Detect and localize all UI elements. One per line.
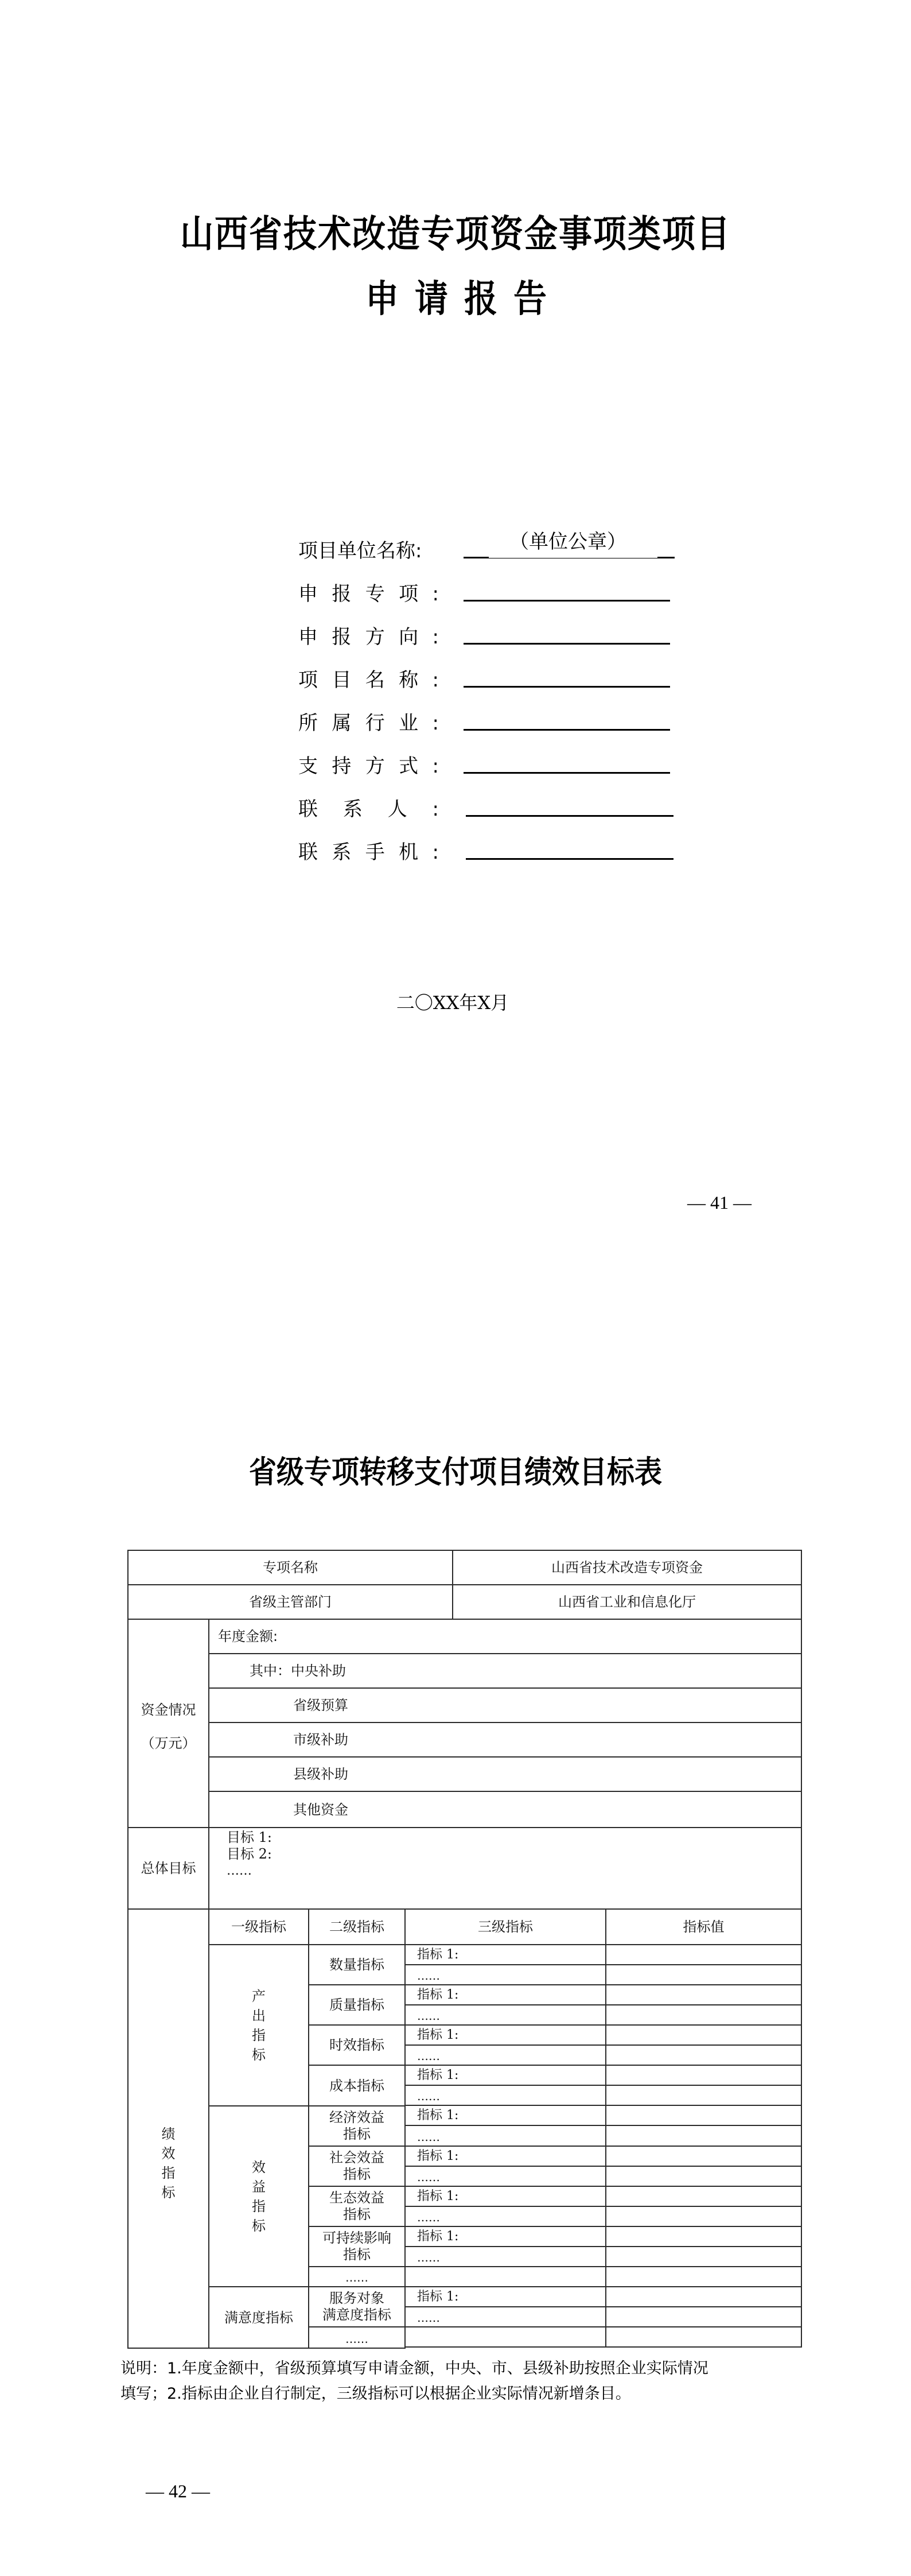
- table-notes: 说明：1.年度金额中，省级预算填写申请金额，中央、市、县级补助按照企业实际情况 …: [120, 2356, 809, 2407]
- level3-cell[interactable]: ……: [404, 2246, 606, 2267]
- level2-text: 服务对象: [329, 2290, 384, 2307]
- field-underline: [657, 557, 675, 558]
- cover-form-fields: 项目单位名称: （单位公章） 申报专项: 申报方向: 项目名称: 所属行业: 支…: [298, 522, 700, 867]
- indicator-value-cell[interactable]: [605, 2044, 802, 2066]
- level1-char: 效: [252, 2158, 266, 2177]
- indicator-value-cell[interactable]: [605, 2146, 802, 2167]
- level2-economic: 经济效益指标: [308, 2105, 406, 2147]
- level2-text: 生态效益: [329, 2190, 384, 2206]
- field-special: 申报专项:: [298, 565, 700, 608]
- cover-title-line1: 山西省技术改造专项资金事项类项目: [0, 211, 911, 256]
- funds-other[interactable]: 其他资金: [208, 1791, 802, 1828]
- level1-satisfaction: 满意度指标: [208, 2286, 309, 2349]
- level3-cell[interactable]: 指标 1:: [404, 1944, 606, 1965]
- indicator-value-cell[interactable]: [605, 2246, 802, 2267]
- indicator-value-cell[interactable]: [605, 2065, 802, 2086]
- level1-char: 指: [252, 2026, 266, 2045]
- level3-cell[interactable]: 指标 1:: [404, 2226, 606, 2247]
- special-name-value[interactable]: 山西省技术改造专项资金: [452, 1550, 802, 1585]
- level2-sustainability: 可持续影响指标: [308, 2226, 406, 2267]
- level3-cell[interactable]: ……: [404, 2206, 606, 2227]
- indicator-value-cell[interactable]: [605, 2266, 802, 2287]
- field-label: 支持方式:: [298, 752, 462, 781]
- level2-more: ……: [308, 2266, 406, 2287]
- perf-indicators-label-cell: 绩 效 指 标: [127, 1908, 209, 2349]
- level3-cell[interactable]: ……: [404, 1964, 606, 1985]
- level2-text: 指标: [343, 2126, 371, 2143]
- level3-cell[interactable]: 指标 1:: [404, 2024, 606, 2046]
- field-industry: 所属行业:: [298, 695, 700, 738]
- indicator-value-cell[interactable]: [605, 2286, 802, 2307]
- field-label: 联系人:: [298, 795, 462, 824]
- funds-label-cell: 资金情况 （万元）: [127, 1619, 209, 1828]
- level2-text: 指标: [343, 2247, 371, 2263]
- level1-char: 指: [252, 2197, 266, 2216]
- field-project-name: 项目名称:: [298, 651, 700, 695]
- level2-service-satisfaction: 服务对象满意度指标: [308, 2286, 406, 2327]
- level3-cell[interactable]: [404, 2266, 606, 2287]
- indicator-value-cell[interactable]: [605, 1964, 802, 1985]
- level2-text: 指标: [343, 2166, 371, 2183]
- funds-unit: （万元）: [141, 1727, 196, 1760]
- level3-cell[interactable]: 指标 1:: [404, 2105, 606, 2126]
- level2-social: 社会效益指标: [308, 2146, 406, 2187]
- notes-line-2: 填写；2.指标由企业自行制定，三级指标可以根据企业实际情况新增条目。: [120, 2381, 809, 2407]
- funds-central-subsidy[interactable]: 其中：中央补助: [208, 1653, 802, 1689]
- level2-text: 社会效益: [329, 2150, 384, 2166]
- level3-cell[interactable]: 指标 1:: [404, 1984, 606, 2005]
- field-input-line[interactable]: [464, 643, 670, 645]
- field-input-line[interactable]: [464, 729, 670, 731]
- funds-annual-amount[interactable]: 年度金额:: [208, 1619, 802, 1654]
- indicator-value-cell[interactable]: [605, 1984, 802, 2005]
- indicator-value-cell[interactable]: [605, 2166, 802, 2187]
- level1-char: 出: [252, 2006, 266, 2026]
- field-contact: 联系人:: [298, 781, 700, 824]
- level3-cell[interactable]: ……: [404, 2306, 606, 2327]
- level3-cell[interactable]: 指标 1:: [404, 2186, 606, 2207]
- field-label: 项目名称:: [298, 666, 462, 695]
- indicator-value-cell[interactable]: [605, 2105, 802, 2126]
- level1-char: 产: [252, 1987, 266, 2006]
- indicator-value-cell[interactable]: [605, 2024, 802, 2046]
- level3-cell[interactable]: ……: [404, 2044, 606, 2066]
- cover-title-line2: 申请报告: [0, 276, 911, 321]
- indicator-value-cell[interactable]: [605, 2306, 802, 2327]
- notes-line-1: 说明：1.年度金额中，省级预算填写申请金额，中央、市、县级补助按照企业实际情况: [120, 2356, 809, 2381]
- level2-text: 可持续影响: [322, 2230, 391, 2247]
- level2-text: 满意度指标: [322, 2307, 391, 2323]
- goal-label: 总体目标: [127, 1827, 209, 1910]
- funds-county-subsidy[interactable]: 县级补助: [208, 1756, 802, 1792]
- perf-label-char: 效: [162, 2144, 176, 2163]
- level1-char: 益: [252, 2177, 266, 2197]
- indicator-value-cell[interactable]: [605, 2004, 802, 2026]
- level1-char: 标: [252, 2045, 266, 2065]
- perf-label-char: 绩: [162, 2124, 176, 2144]
- perf-label-char: 标: [162, 2183, 176, 2202]
- indicator-value-cell[interactable]: [605, 2125, 802, 2147]
- page-number: — 42 —: [146, 2481, 210, 2502]
- level3-cell[interactable]: ……: [404, 2125, 606, 2147]
- field-input-line[interactable]: [464, 686, 670, 688]
- field-label: 所属行业:: [298, 709, 462, 738]
- seal-placeholder[interactable]: （单位公章）: [482, 526, 654, 554]
- field-label: 项目单位名称:: [298, 537, 462, 565]
- page-number: — 41 —: [687, 1192, 752, 1213]
- level3-cell[interactable]: 指标 1:: [404, 2065, 606, 2086]
- level2-text: 经济效益: [329, 2109, 384, 2126]
- field-support-mode: 支持方式:: [298, 738, 700, 781]
- field-direction: 申报方向:: [298, 608, 700, 651]
- dept-value[interactable]: 山西省工业和信息化厅: [452, 1584, 802, 1620]
- field-label: 申报专项:: [298, 580, 462, 608]
- field-label: 联系手机:: [298, 838, 462, 867]
- level3-cell[interactable]: ……: [404, 2004, 606, 2026]
- level2-quantity: 数量指标: [308, 1944, 406, 1985]
- header-level2: 二级指标: [308, 1908, 406, 1945]
- funds-provincial-budget[interactable]: 省级预算: [208, 1687, 802, 1723]
- field-mobile: 联系手机:: [298, 824, 700, 867]
- indicator-value-cell[interactable]: [605, 2186, 802, 2207]
- field-underline: [464, 558, 670, 558]
- cover-date: 二〇XX年X月: [0, 988, 911, 1015]
- level2-cost: 成本指标: [308, 2065, 406, 2106]
- level2-quality: 质量指标: [308, 1984, 406, 2026]
- field-input-line[interactable]: [466, 815, 673, 817]
- field-input-line[interactable]: [464, 600, 670, 602]
- indicator-value-cell[interactable]: [605, 2206, 802, 2227]
- level3-cell[interactable]: ……: [404, 2085, 606, 2106]
- indicator-value-cell[interactable]: [605, 1944, 802, 1965]
- goal-content[interactable]: 目标 1: 目标 2: ……: [208, 1827, 802, 1910]
- field-unit-name: 项目单位名称: （单位公章）: [298, 522, 700, 565]
- indicator-value-cell[interactable]: [605, 2226, 802, 2247]
- funds-city-subsidy[interactable]: 市级补助: [208, 1722, 802, 1758]
- level2-text: 指标: [343, 2206, 371, 2223]
- funds-label: 资金情况: [141, 1693, 196, 1727]
- level1-output: 产 出 指 标: [208, 1944, 309, 2106]
- field-label: 申报方向:: [298, 623, 462, 651]
- field-input-line[interactable]: [464, 772, 670, 774]
- indicator-value-cell[interactable]: [605, 2085, 802, 2106]
- table-title: 省级专项转移支付项目绩效目标表: [0, 1453, 911, 1491]
- level2-timeliness: 时效指标: [308, 2024, 406, 2066]
- level2-ecological: 生态效益指标: [308, 2186, 406, 2227]
- header-value: 指标值: [605, 1908, 802, 1945]
- goal-line-more: ……: [227, 1863, 252, 1879]
- header-level3: 三级指标: [404, 1908, 606, 1945]
- goal-line-2: 目标 2:: [227, 1846, 272, 1863]
- goal-line-1: 目标 1:: [227, 1829, 272, 1846]
- special-name-label: 专项名称: [127, 1550, 453, 1585]
- level3-cell[interactable]: ……: [404, 2166, 606, 2187]
- indicator-value-cell[interactable]: [605, 2326, 802, 2348]
- field-input-line[interactable]: [466, 858, 673, 860]
- level1-benefit: 效 益 指 标: [208, 2105, 309, 2287]
- level3-cell[interactable]: 指标 1:: [404, 2146, 606, 2167]
- level3-cell[interactable]: [404, 2326, 606, 2348]
- dept-label: 省级主管部门: [127, 1584, 453, 1620]
- level2-more: ……: [308, 2326, 406, 2349]
- header-level1: 一级指标: [208, 1908, 309, 1945]
- field-underline: [464, 557, 489, 558]
- perf-label-char: 指: [162, 2163, 176, 2183]
- level1-char: 标: [252, 2216, 266, 2236]
- level3-cell[interactable]: 指标 1:: [404, 2286, 606, 2307]
